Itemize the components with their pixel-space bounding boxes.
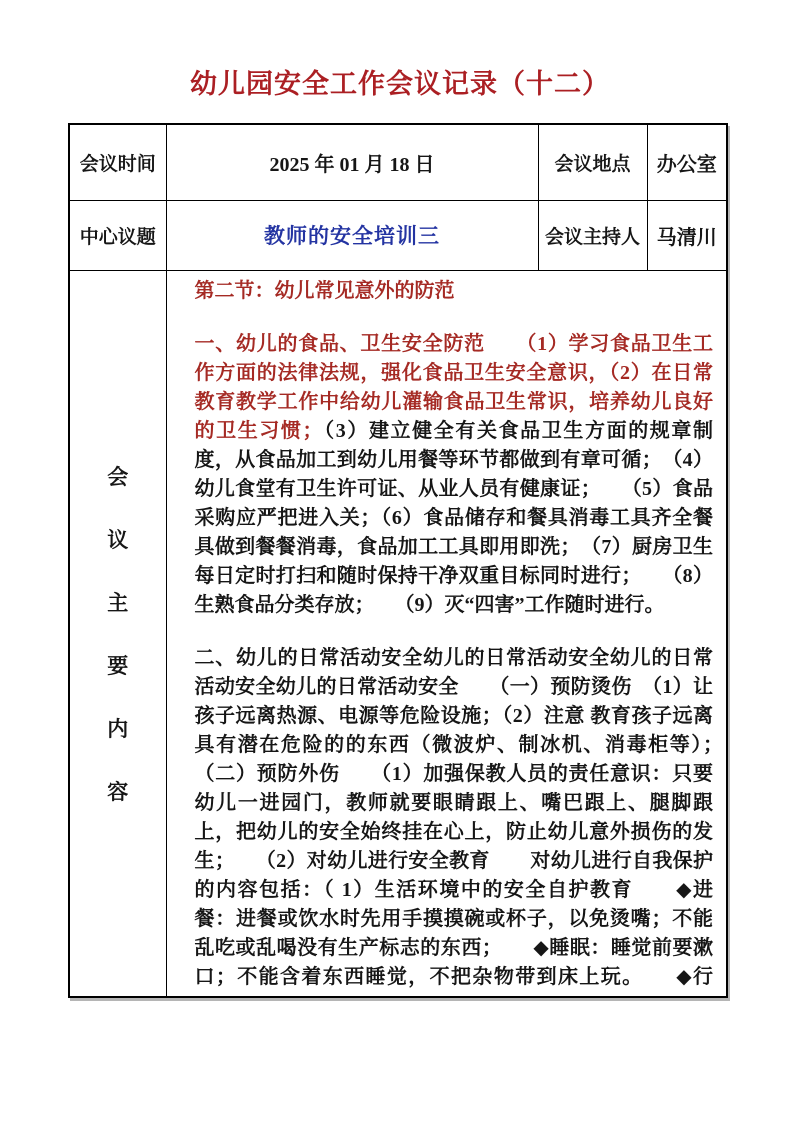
meeting-host-value: 马清川	[647, 200, 727, 270]
meeting-content-row: 会 议 主 要 内 容 第二节：幼儿常见意外的防范 一、幼儿的食品、卫生安全防范…	[69, 270, 727, 997]
central-topic-label: 中心议题	[69, 200, 166, 270]
section-heading: 第二节：幼儿常见意外的防范	[195, 277, 714, 306]
meeting-topic-row: 中心议题 教师的安全培训三 会议主持人 马清川	[69, 200, 727, 270]
content-label-char: 要	[107, 650, 128, 680]
meeting-time-row: 会议时间 2025 年 01 月 18 日 会议地点 办公室	[69, 124, 727, 200]
meeting-time-label: 会议时间	[69, 124, 166, 200]
meeting-record-table: 会议时间 2025 年 01 月 18 日 会议地点 办公室 中心议题 教师的安…	[68, 123, 728, 998]
content-label-cell: 会 议 主 要 内 容	[69, 270, 166, 997]
content-cell: 第二节：幼儿常见意外的防范 一、幼儿的食品、卫生安全防范 （1）学习食品卫生工作…	[166, 270, 727, 997]
meeting-place-value: 办公室	[647, 124, 727, 200]
page-title: 幼儿园安全工作会议记录（十二）	[0, 62, 800, 101]
paragraph-food-safety: 一、幼儿的食品、卫生安全防范 （1）学习食品卫生工作方面的法律法规，强化食品卫生…	[195, 330, 714, 620]
meeting-host-label: 会议主持人	[538, 200, 647, 270]
meeting-time-value: 2025 年 01 月 18 日	[166, 124, 538, 200]
content-label-char: 议	[107, 524, 128, 554]
meeting-content: 第二节：幼儿常见意外的防范 一、幼儿的食品、卫生安全防范 （1）学习食品卫生工作…	[167, 272, 727, 994]
content-label-char: 容	[107, 776, 128, 806]
content-vertical-label: 会 议 主 要 内 容	[70, 461, 166, 806]
paragraph-food-safety-black: （3）建立健全有关食品卫生方面的规章制度，从食品加工到幼儿用餐等环节都做到有章可…	[195, 420, 714, 616]
central-topic-value: 教师的安全培训三	[166, 200, 538, 270]
paragraph-daily-activity-safety: 二、幼儿的日常活动安全幼儿的日常活动安全幼儿的日常活动安全幼儿的日常活动安全 （…	[195, 644, 714, 994]
content-label-char: 主	[107, 587, 128, 617]
meeting-place-label: 会议地点	[538, 124, 647, 200]
content-label-char: 会	[107, 461, 128, 491]
content-label-char: 内	[107, 713, 128, 743]
